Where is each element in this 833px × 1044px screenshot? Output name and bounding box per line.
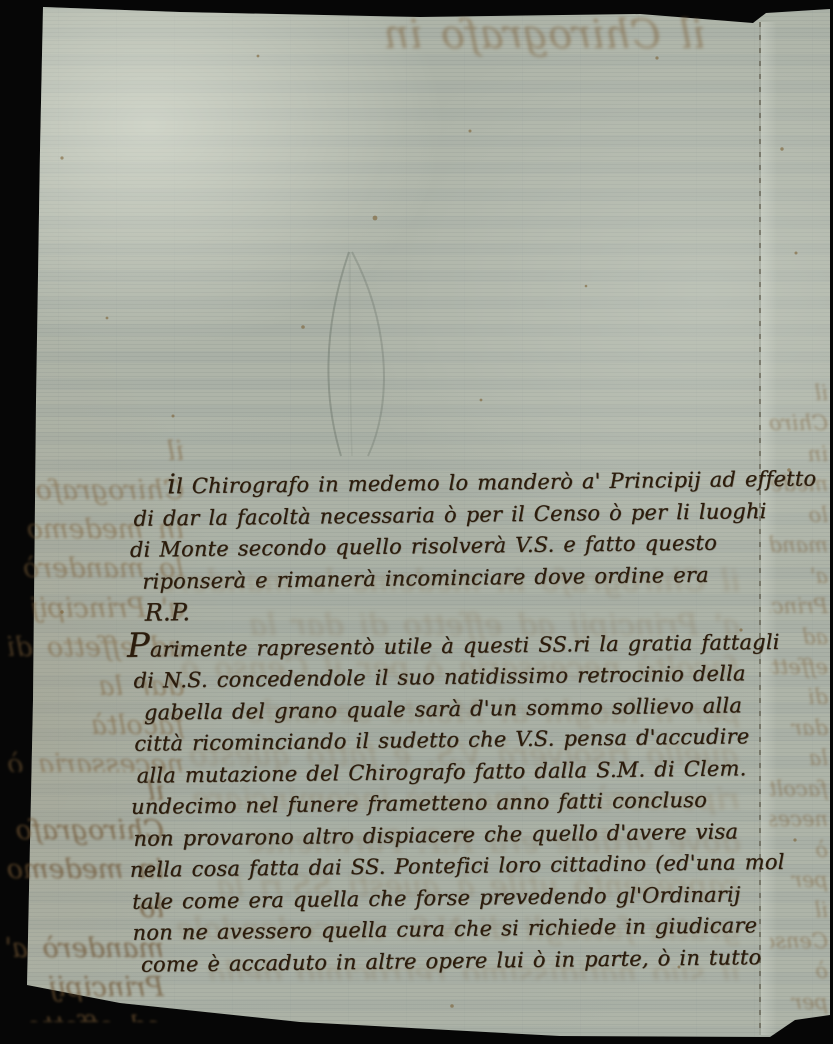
bleedthrough-top-scrawl: il Chirografo in medemo lo manderò a' Pr… bbox=[235, 6, 705, 64]
letter-body: il Chirografo in medemo lo manderò a' Pr… bbox=[125, 462, 763, 981]
manuscript-scan: il Chirografo in medemo lo manderò a' Pr… bbox=[0, 0, 833, 1044]
